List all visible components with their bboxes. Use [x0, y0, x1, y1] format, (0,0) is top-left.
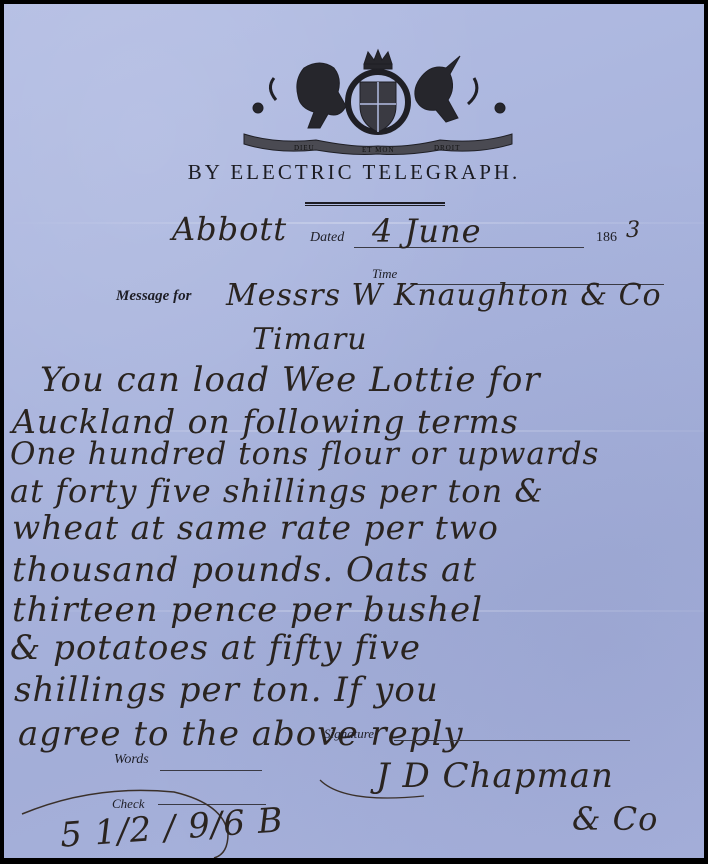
check-annotation-loop	[4, 4, 704, 858]
handwritten-signature-company: & Co	[572, 800, 658, 838]
handwritten-signature: J D Chapman	[376, 756, 614, 796]
telegram-paper: DIEU ET MON DROIT BY ELECTRIC TELEGRAPH.…	[4, 4, 704, 858]
